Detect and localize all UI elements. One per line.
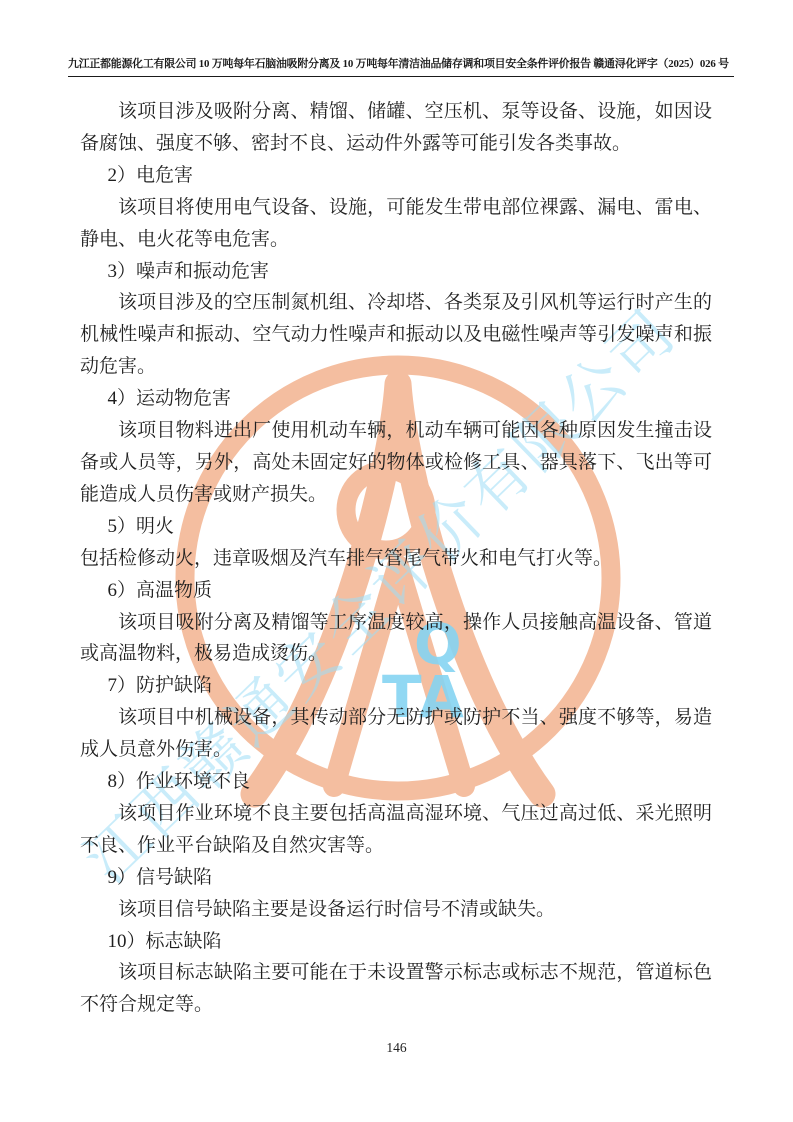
body-blocks: 该项目涉及吸附分离、精馏、储罐、空压机、泵等设备、设施，如因设备腐蚀、强度不够、… bbox=[80, 96, 712, 1021]
section-heading: 2）电危害 bbox=[80, 160, 712, 192]
body-paragraph: 该项目物料进出厂使用机动车辆，机动车辆可能因各种原因发生撞击设备或人员等，另外，… bbox=[80, 415, 712, 511]
body-paragraph: 该项目标志缺陷主要可能在于未设置警示标志或标志不规范，管道标色不符合规定等。 bbox=[80, 957, 712, 1021]
body-paragraph: 该项目将使用电气设备、设施，可能发生带电部位裸露、漏电、雷电、静电、电火花等电危… bbox=[80, 192, 712, 256]
section-heading: 9）信号缺陷 bbox=[80, 862, 712, 894]
body-paragraph: 该项目中机械设备，其传动部分无防护或防护不当、强度不够等，易造成人员意外伤害。 bbox=[80, 702, 712, 766]
section-heading: 3）噪声和振动危害 bbox=[80, 256, 712, 288]
section-heading: 5）明火 bbox=[80, 511, 712, 543]
page-number: 146 bbox=[0, 1040, 793, 1056]
body-paragraph: 该项目涉及的空压制氮机组、冷却塔、各类泵及引风机等运行时产生的机械性噪声和振动、… bbox=[80, 287, 712, 383]
body-paragraph: 包括检修动火，违章吸烟及汽车排气管尾气带火和电气打火等。 bbox=[80, 543, 712, 575]
body-paragraph: 该项目吸附分离及精馏等工序温度较高，操作人员接触高温设备、管道或高温物料，极易造… bbox=[80, 607, 712, 671]
section-heading: 6）高温物质 bbox=[80, 575, 712, 607]
section-heading: 7）防护缺陷 bbox=[80, 670, 712, 702]
body-paragraph: 该项目涉及吸附分离、精馏、储罐、空压机、泵等设备、设施，如因设备腐蚀、强度不够、… bbox=[80, 96, 712, 160]
body-paragraph: 该项目作业环境不良主要包括高温高湿环境、气压过高过低、采光照明不良、作业平台缺陷… bbox=[80, 798, 712, 862]
page-header: 九江正都能源化工有限公司 10 万吨每年石脑油吸附分离及 10 万吨每年清洁油品… bbox=[68, 57, 734, 77]
document-page: Q TA 江西赣通安全评价有限公司 九江正都能源化工有限公司 10 万吨每年石脑… bbox=[0, 0, 793, 1122]
section-heading: 4）运动物危害 bbox=[80, 383, 712, 415]
section-heading: 8）作业环境不良 bbox=[80, 766, 712, 798]
section-heading: 10）标志缺陷 bbox=[80, 926, 712, 958]
body-paragraph: 该项目信号缺陷主要是设备运行时信号不清或缺失。 bbox=[80, 894, 712, 926]
